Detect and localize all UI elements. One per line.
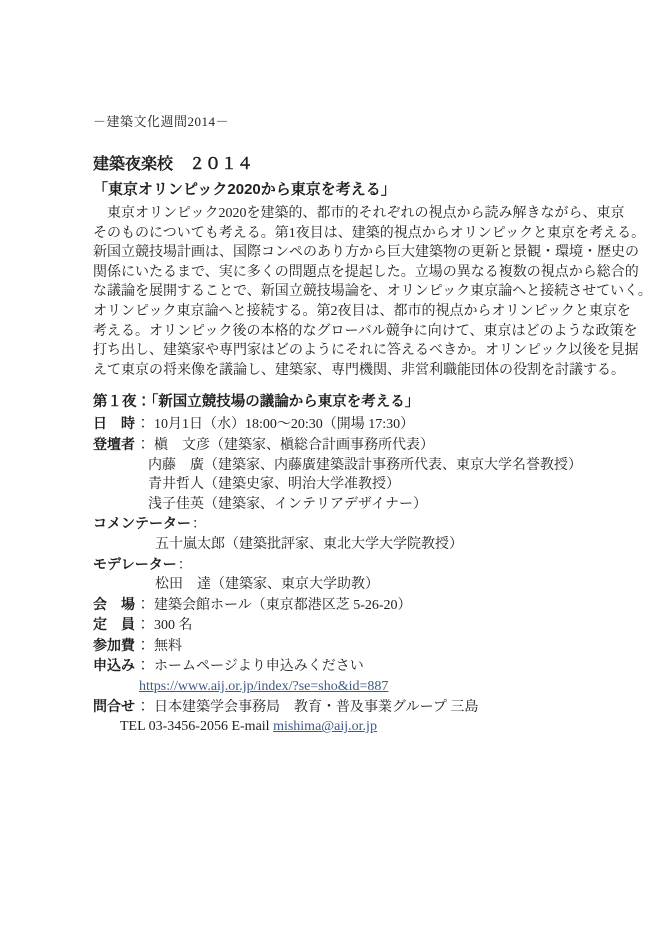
detail-value: 300 名 — [154, 618, 193, 633]
detail-colon: ： — [136, 700, 150, 715]
detail-first-line: モデレーター： — [93, 555, 650, 576]
detail-colon: ： — [136, 417, 150, 432]
detail-colon: ： — [136, 659, 150, 674]
detail-label: 定 員 — [93, 615, 135, 635]
night1-heading: 第１夜：「新国立競技場の議論から東京を考える」 — [93, 392, 650, 412]
detail-value: 内藤 廣（建築家、内藤廣建築設計事務所代表、東京大学名誉教授） — [148, 458, 582, 473]
event-title: 建築夜楽校 ２０１４ — [93, 155, 650, 175]
detail-first-line: 会 場：建築会館ホール（東京都港区芝 5-26-20） — [93, 595, 650, 616]
theme-title: 「東京オリンピック2020から東京を考える」 — [93, 180, 650, 200]
detail-value: 青井哲人（建築史家、明治大学准教授） — [148, 477, 400, 492]
detail-label: コメンテーター — [93, 514, 191, 534]
intro-line: 新国立競技場計画は、国際コンペのあり方から巨大建築物の更新と景観・環境・歴史の — [93, 243, 650, 263]
detail-row: 登壇者：槇 文彦（建築家、槇総合計画事務所代表）内藤 廣（建築家、内藤廣建築設計… — [93, 435, 650, 514]
detail-row: モデレーター：松田 達（建築家、東京大学助教） — [93, 555, 650, 595]
detail-cont-line: 五十嵐太郎（建築批評家、東北大学大学院教授） — [93, 535, 650, 555]
application-url-link[interactable]: https://www.aij.or.jp/index/?se=sho&id=8… — [139, 679, 388, 694]
intro-line: そのものについても考える。第1夜目は、建築的視点からオリンピックと東京を考える。 — [93, 224, 650, 244]
detail-colon: ： — [192, 517, 206, 532]
detail-label: 申込み — [93, 656, 135, 676]
detail-value: 槇 文彦（建築家、槇総合計画事務所代表） — [154, 438, 434, 453]
series-header: －建築文化週間2014－ — [93, 113, 650, 130]
detail-label: 問合せ — [93, 697, 135, 717]
detail-colon: ： — [136, 639, 150, 654]
detail-value: 無料 — [154, 639, 182, 654]
intro-line: 考える。オリンピック後の本格的なグローバル競争に向けて、東京はどのような政策を — [93, 322, 650, 342]
detail-first-line: 登壇者：槇 文彦（建築家、槇総合計画事務所代表） — [93, 435, 650, 456]
detail-first-line: 参加費：無料 — [93, 636, 650, 657]
detail-first-line: 日 時：10月1日（水）18:00～20:30（開場 17:30） — [93, 414, 650, 435]
detail-row: 問合せ：日本建築学会事務局 教育・普及事業グループ 三島TEL 03-3456-… — [93, 697, 650, 737]
detail-value: 建築会館ホール（東京都港区芝 5-26-20） — [154, 598, 412, 613]
detail-cont-line: 内藤 廣（建築家、内藤廣建築設計事務所代表、東京大学名誉教授） — [93, 456, 650, 476]
detail-colon: ： — [136, 618, 150, 633]
intro-paragraph: 東京オリンピック2020を建築的、都市的それぞれの視点から読み解きながら、東京そ… — [93, 204, 650, 380]
detail-value: 浅子佳英（建築家、インテリアデザイナー） — [148, 497, 427, 512]
email-link[interactable]: mishima@aij.or.jp — [273, 719, 377, 734]
detail-row: 参加費：無料 — [93, 636, 650, 657]
detail-colon: ： — [136, 598, 150, 613]
detail-label: 日 時 — [93, 414, 135, 434]
detail-colon: ： — [136, 438, 150, 453]
detail-value: 五十嵐太郎（建築批評家、東北大学大学院教授） — [155, 537, 463, 552]
detail-row: 会 場：建築会館ホール（東京都港区芝 5-26-20） — [93, 595, 650, 616]
detail-label: モデレーター — [93, 555, 177, 575]
detail-label: 登壇者 — [93, 435, 135, 455]
document-page: －建築文化週間2014－ 建築夜楽校 ２０１４ 「東京オリンピック2020から東… — [0, 0, 670, 948]
intro-line: オリンピック東京論へと接続する。第2夜目は、都市的視点からオリンピックと東京を — [93, 302, 650, 322]
detail-cont-line: 松田 達（建築家、東京大学助教） — [93, 575, 650, 595]
detail-row: 定 員：300 名 — [93, 615, 650, 636]
detail-row: 申込み：ホームページより申込みくださいhttps://www.aij.or.jp… — [93, 656, 650, 696]
detail-first-line: 定 員：300 名 — [93, 615, 650, 636]
detail-row: 日 時：10月1日（水）18:00～20:30（開場 17:30） — [93, 414, 650, 435]
intro-line: な議論を展開することで、新国立競技場論を、オリンピック東京論へと接続させていく。 — [93, 282, 650, 302]
intro-line: 打ち出し、建築家や専門家はどのようにそれに答えるべきか。オリンピック以後を見据 — [93, 341, 650, 361]
detail-value: 10月1日（水）18:00～20:30（開場 17:30） — [154, 417, 414, 432]
detail-row: コメンテーター：五十嵐太郎（建築批評家、東北大学大学院教授） — [93, 514, 650, 554]
detail-cont-line: https://www.aij.or.jp/index/?se=sho&id=8… — [93, 677, 650, 697]
detail-value: 日本建築学会事務局 教育・普及事業グループ 三島 — [154, 700, 478, 715]
intro-line: 東京オリンピック2020を建築的、都市的それぞれの視点から読み解きながら、東京 — [93, 204, 650, 224]
detail-first-line: コメンテーター： — [93, 514, 650, 535]
detail-cont-line: 浅子佳英（建築家、インテリアデザイナー） — [93, 495, 650, 515]
event-details: 日 時：10月1日（水）18:00～20:30（開場 17:30）登壇者：槇 文… — [93, 414, 650, 737]
detail-colon: ： — [178, 558, 192, 573]
intro-line: 関係にいたるまで、実に多くの問題点を提起した。立場の異なる複数の視点から総合的 — [93, 263, 650, 283]
intro-line: えて東京の将来像を議論し、建築家、専門機関、非営利職能団体の役割を討議する。 — [93, 361, 650, 381]
detail-cont-line: TEL 03-3456-2056 E-mail mishima@aij.or.j… — [93, 717, 650, 737]
detail-label: 参加費 — [93, 636, 135, 656]
detail-first-line: 問合せ：日本建築学会事務局 教育・普及事業グループ 三島 — [93, 697, 650, 718]
detail-value: 松田 達（建築家、東京大学助教） — [155, 577, 379, 592]
detail-value: TEL 03-3456-2056 E-mail — [120, 719, 273, 734]
detail-value: ホームページより申込みください — [154, 659, 364, 674]
detail-cont-line: 青井哲人（建築史家、明治大学准教授） — [93, 475, 650, 495]
detail-first-line: 申込み：ホームページより申込みください — [93, 656, 650, 677]
detail-label: 会 場 — [93, 595, 135, 615]
